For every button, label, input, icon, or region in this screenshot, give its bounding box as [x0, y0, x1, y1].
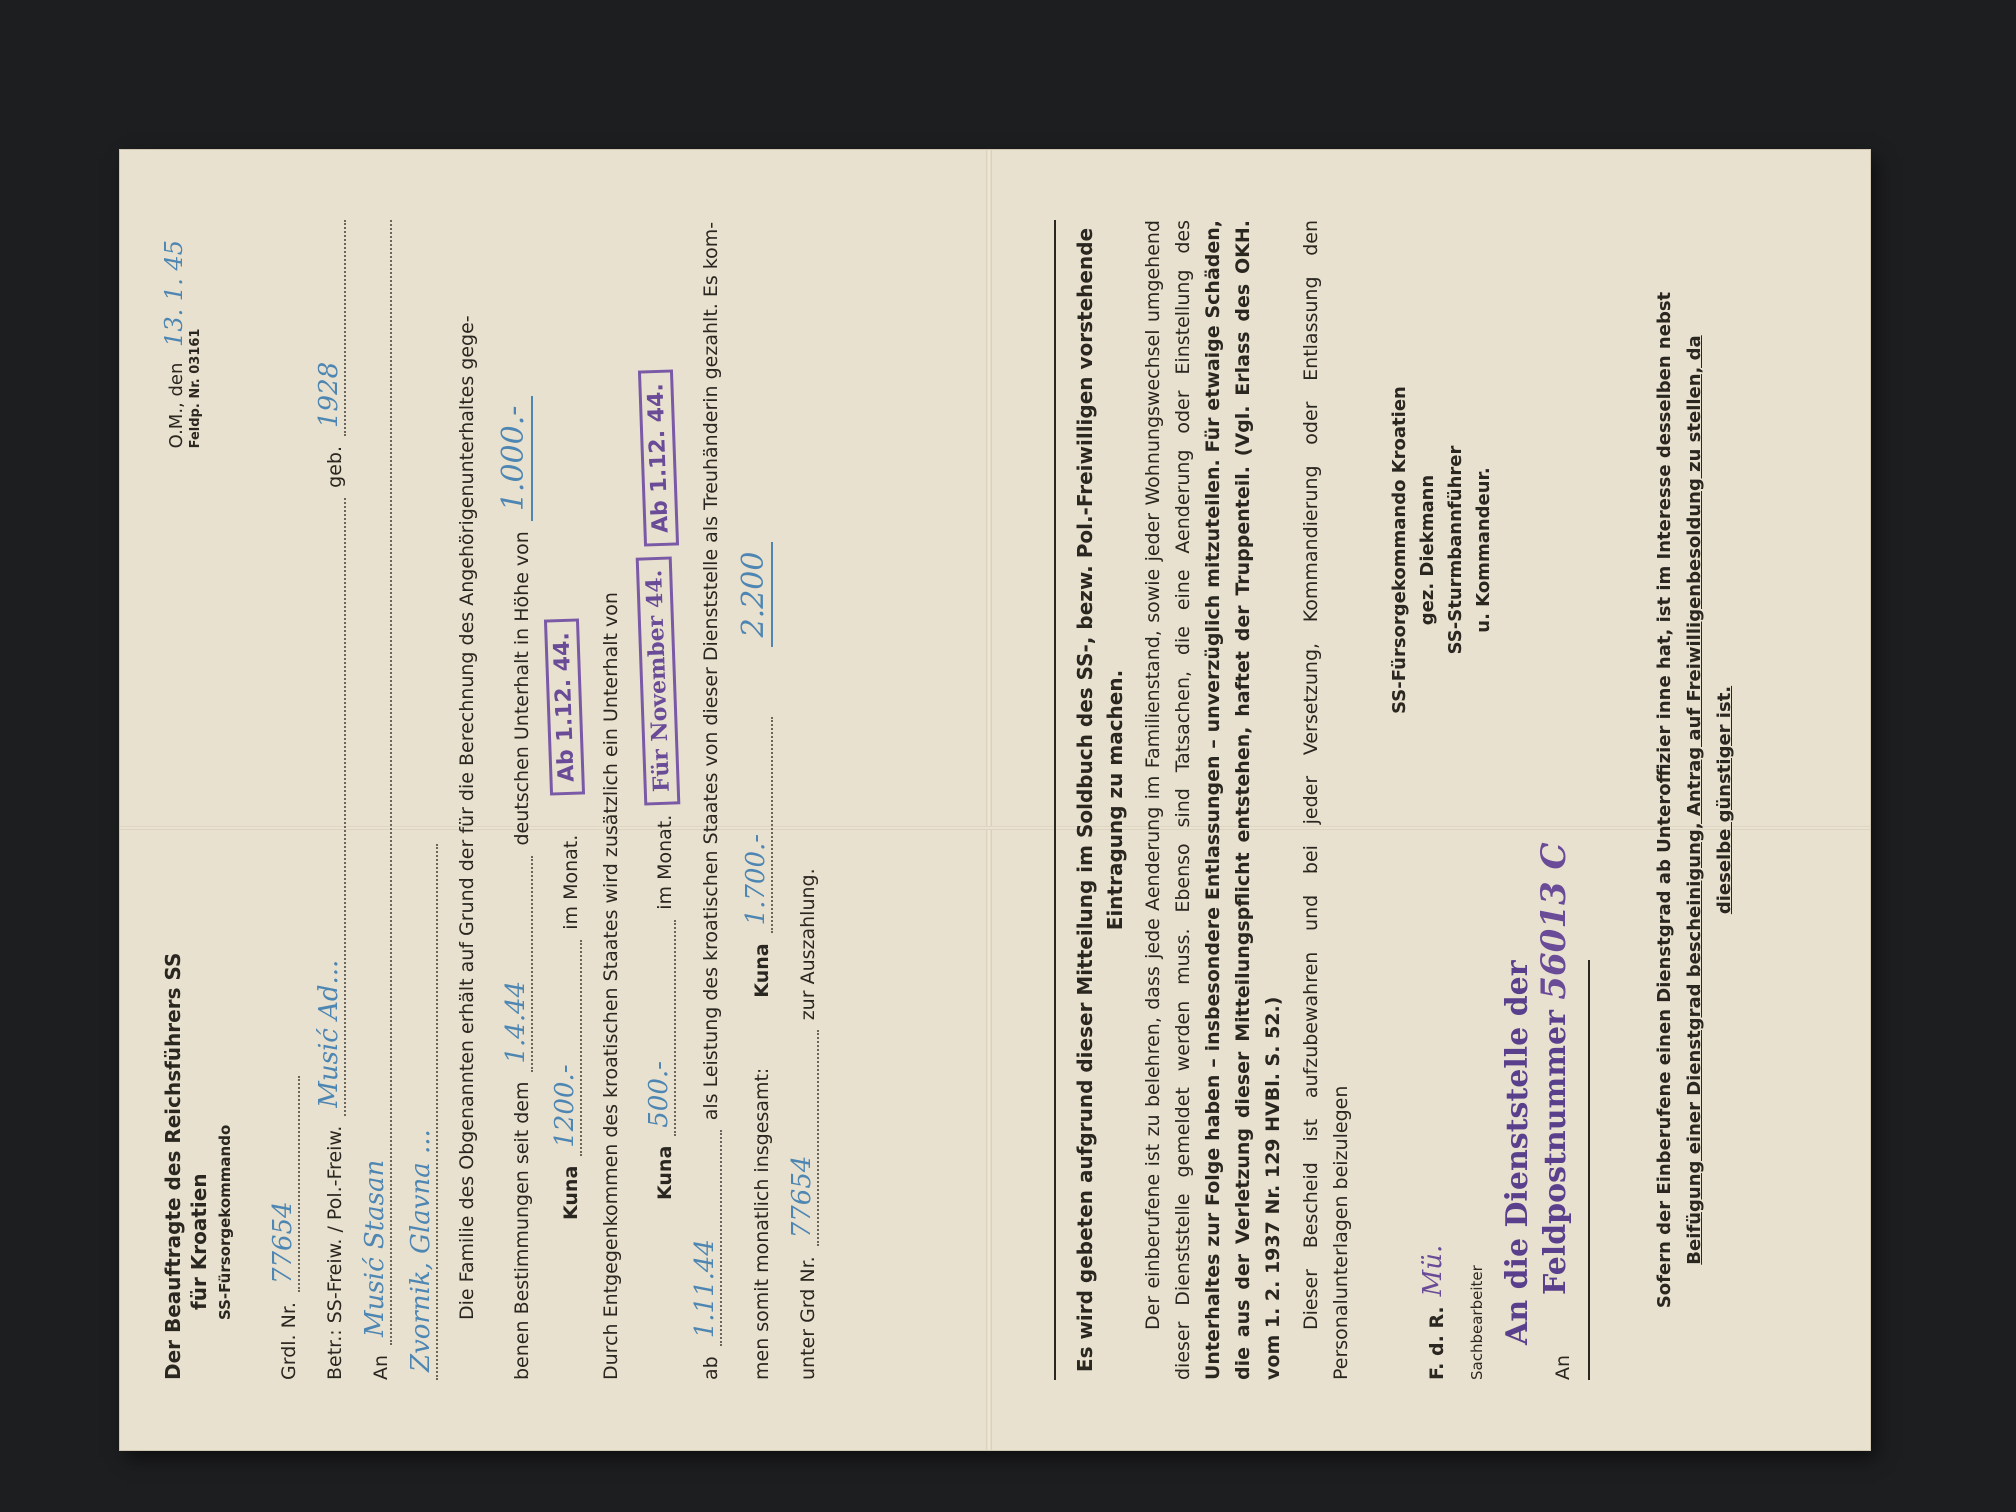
kuna-value-3: 1.700.- [741, 717, 773, 933]
kuna-label-1: Kuna [560, 1166, 582, 1220]
geb-value: 1928 [314, 220, 346, 436]
betr-row: Betr.: SS-Freiw. / Pol.-Freiw. Musić Ad.… [314, 220, 346, 1380]
kuna-label-2: Kuna [654, 1146, 676, 1200]
total-row: men somit monatlich insgesamt: Kuna 1.70… [736, 220, 773, 1380]
kuna-value-1: 1200.- [550, 940, 582, 1156]
sig-line1: SS-Fürsorgekommando Kroatien [1386, 220, 1414, 880]
stamp-ab-1: Ab 1.12. 44. [544, 618, 585, 795]
place-date-value: 13. 1. 45 [160, 230, 188, 357]
letterhead-line3: SS-Fürsorgekommando [212, 220, 238, 1380]
footer-line2: Beifügung einer Dienstgrad bescheinigung… [1680, 220, 1710, 1380]
feldpost-number: 56013 C [1534, 842, 1574, 999]
since-value: 1.4.44 [501, 856, 533, 1072]
an-row-2: Zvornik, Glavna ... [406, 220, 438, 1380]
para-family: Die Familie des Obgenannten erhält auf G… [452, 220, 482, 1380]
footer-line3: dieselbe günstiger ist. [1710, 220, 1740, 1380]
para-croatian: Durch Entgegenkommen des kroatischen Sta… [596, 220, 626, 1380]
para-notice: Der einberufene ist zu belehren, dass je… [1138, 220, 1288, 1380]
ab-label: ab [700, 1356, 722, 1380]
address-stamp: An die Dienststelle der Feldpostnummer 5… [1500, 842, 1574, 1345]
rotated-content: Der Beauftragte des Reichsführers SS für… [120, 150, 1870, 1450]
amount-1000: 1.000.- [496, 396, 533, 522]
ab-value: 1.11.44 [690, 1130, 722, 1346]
since-suffix: deutschen Unterhalt in Höhe von [511, 531, 533, 845]
ab-text: als Leistung des kroatischen Staates von… [700, 222, 722, 1120]
stamp-november: Für November 44. [636, 556, 681, 805]
since-row: benen Bestimmungen seit dem 1.4.44 deuts… [496, 220, 533, 1380]
para-notice-text: Der einberufene ist zu belehren, dass je… [1142, 220, 1194, 1380]
stamp-ab-2: Ab 1.12. 44. [638, 370, 679, 547]
sachbearbeiter-label: Sachbearbeiter [1468, 220, 1486, 1380]
address-stamp-line1: An die Dienststelle der [1500, 842, 1536, 1345]
betr-value: Musić Ad... [314, 498, 346, 1116]
geb-label: geb. [324, 446, 346, 488]
an-value-2: Zvornik, Glavna ... [406, 844, 438, 1380]
grdl-row: Grdl. Nr. 77654 [268, 220, 300, 1380]
fdr-label: F. d. R. [1426, 1306, 1448, 1380]
address-stamp-line2: Feldpostnummer 56013 C [1536, 842, 1574, 1345]
fdr-value: Mü. [1418, 1245, 1448, 1297]
ab-row: ab 1.11.44 als Leistung des kroatischen … [690, 220, 722, 1380]
grdl-label: Grdl. Nr. [278, 1302, 300, 1380]
grdl-value: 77654 [268, 1076, 300, 1292]
im-monat-2: im Monat. [654, 815, 676, 910]
an-label: An [370, 1355, 392, 1380]
kuna-row-2: Kuna 500.- im Monat. Für November 44. Ab… [640, 220, 676, 1380]
im-monat-1: im Monat. [560, 835, 582, 930]
intro-bold: Es wird gebeten aufgrund dieser Mitteilu… [1070, 220, 1130, 1380]
address-stamp-feldpost: Feldpostnummer [1538, 1010, 1573, 1295]
address-rule [1588, 960, 1590, 1380]
place-date-block: O.M., den 13. 1. 45 Feldp. Nr. 03161 [160, 230, 203, 448]
place-date-label: O.M., den [166, 363, 187, 449]
grd-suffix: zur Auszahlung. [797, 868, 819, 1020]
grd-label: unter Grd Nr. [797, 1256, 819, 1380]
an-value-1: Musić Stasan [360, 220, 392, 1345]
total-label: men somit monatlich insgesamt: [751, 1068, 773, 1380]
an-row: An Musić Stasan [360, 220, 392, 1380]
fdr-row: F. d. R. Mü. [1418, 220, 1448, 1380]
left-page: Der Beauftragte des Reichsführers SS für… [120, 150, 980, 1450]
kuna-value-2: 500.- [644, 920, 676, 1136]
rule-top [1054, 220, 1056, 1380]
address-an-label: An [1552, 1355, 1574, 1380]
document-sheet: Der Beauftragte des Reichsführers SS für… [120, 150, 1870, 1450]
since-label: benen Bestimmungen seit dem [511, 1082, 533, 1380]
feldpost-label: Feldp. Nr. 03161 [188, 230, 203, 448]
grd-value: 77654 [787, 1030, 819, 1246]
betr-label: Betr.: SS-Freiw. / Pol.-Freiw. [324, 1126, 346, 1380]
address-row: An An die Dienststelle der Feldpostnumme… [1500, 220, 1574, 1380]
footer-line1: Sofern der Einberufene einen Dienstgrad … [1650, 220, 1680, 1380]
amount-2200: 2.200 [736, 542, 773, 648]
kuna-label-3: Kuna [751, 943, 773, 997]
right-page: Es wird gebeten aufgrund dieser Mitteilu… [1000, 150, 1860, 1450]
para-keep: Dieser Bescheid ist aufzubewahren und be… [1296, 220, 1356, 1380]
footer-note: Sofern der Einberufene einen Dienstgrad … [1650, 220, 1740, 1380]
kuna-row-1: Kuna 1200.- im Monat. Ab 1.12. 44. [547, 220, 582, 1380]
para-notice-bold: Unterhaltes zur Folge haben – insbesonde… [1202, 220, 1284, 1380]
grd-row: unter Grd Nr. 77654 zur Auszahlung. [787, 220, 819, 1380]
